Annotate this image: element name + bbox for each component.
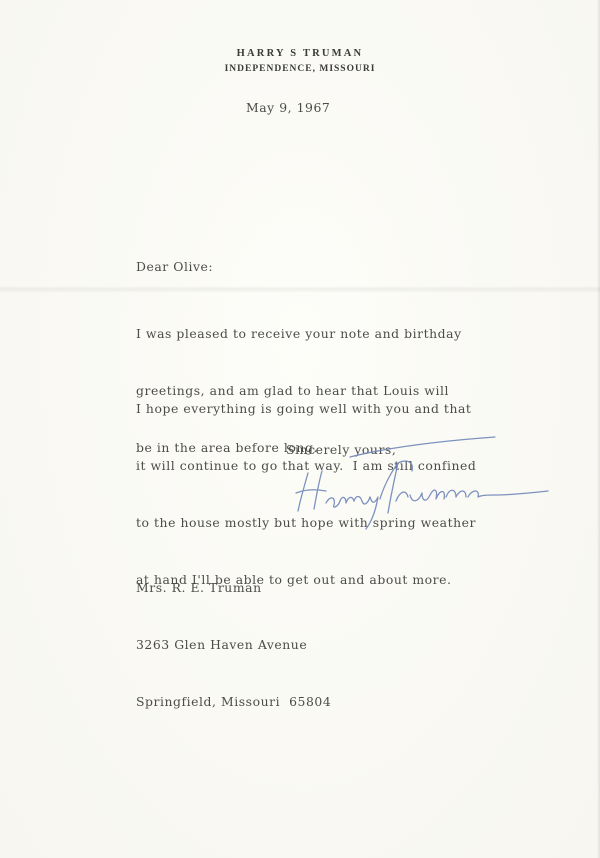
handwritten-signature [280, 425, 560, 535]
body-line: I hope everything is going well with you… [136, 399, 476, 418]
address-line: Springfield, Missouri 65804 [136, 692, 331, 711]
signature-icon [280, 425, 560, 535]
salutation: Dear Olive: [136, 257, 213, 276]
letterhead: HARRY S TRUMAN INDEPENDENCE, MISSOURI [0, 48, 600, 74]
letter-date: May 9, 1967 [246, 98, 330, 117]
letterhead-name: HARRY S TRUMAN [0, 48, 600, 59]
recipient-address: Mrs. R. E. Truman 3263 Glen Haven Avenue… [136, 540, 331, 730]
address-line: 3263 Glen Haven Avenue [136, 635, 331, 654]
address-line: Mrs. R. E. Truman [136, 578, 331, 597]
letterhead-place: INDEPENDENCE, MISSOURI [0, 64, 600, 74]
body-line: I was pleased to receive your note and b… [136, 324, 462, 343]
